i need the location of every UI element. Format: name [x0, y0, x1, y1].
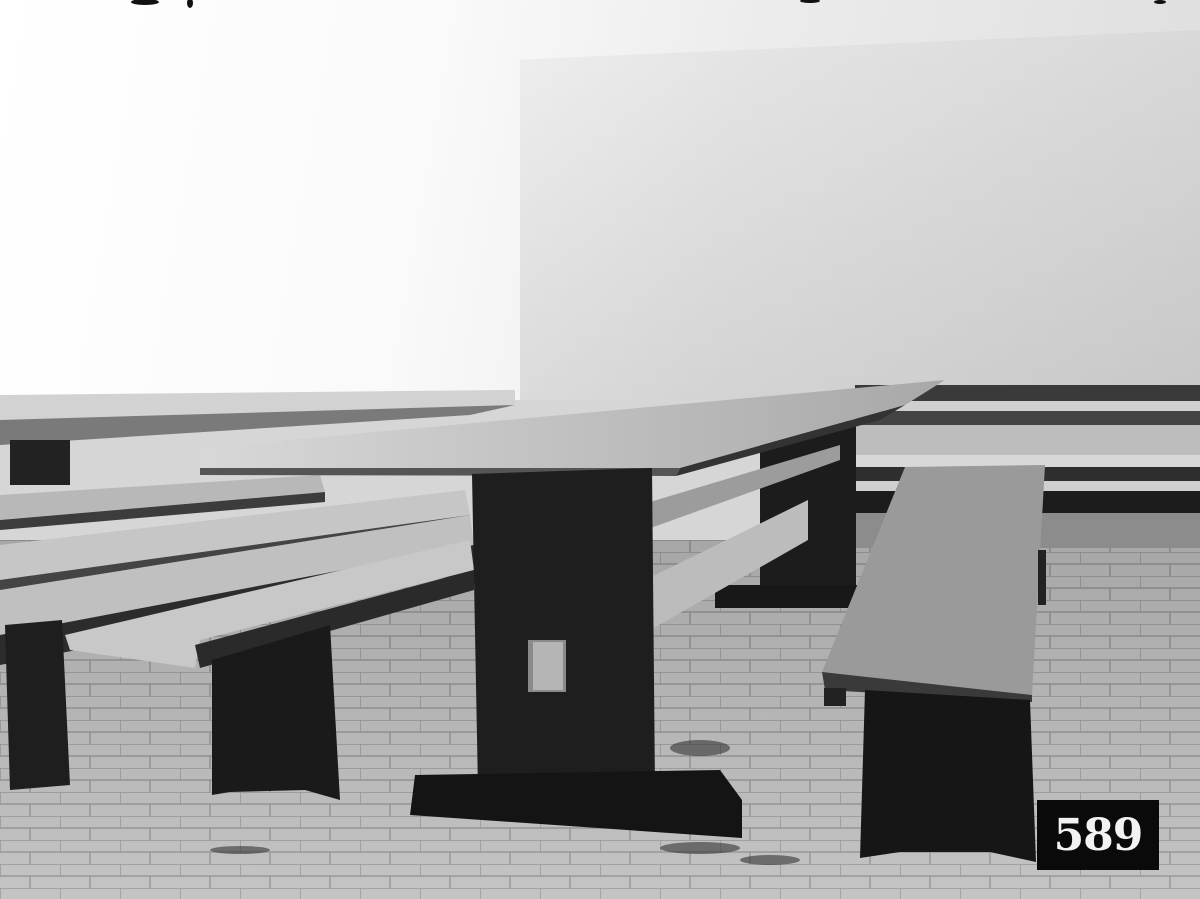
- scene-drawing: [0, 0, 1200, 899]
- archival-photograph: 589: [0, 0, 1200, 899]
- catalog-number-label: 589: [1037, 800, 1159, 870]
- catalog-number: 589: [1054, 810, 1143, 861]
- plate-specks: [131, 0, 1166, 8]
